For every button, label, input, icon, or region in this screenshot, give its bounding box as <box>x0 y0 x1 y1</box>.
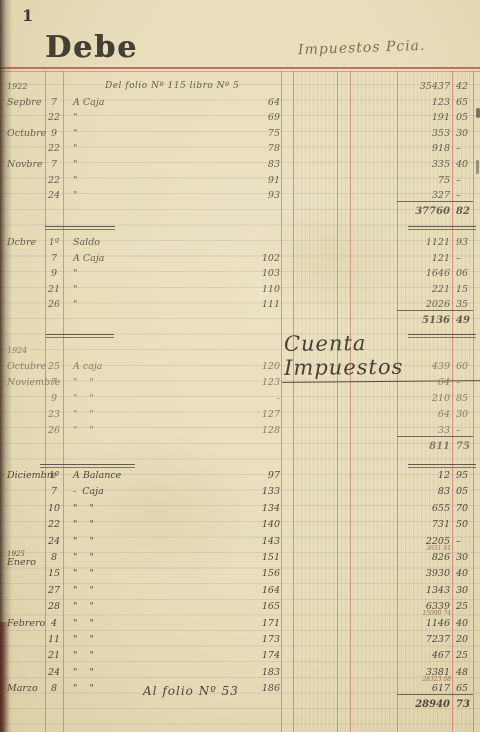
day-label: 7 <box>45 486 63 497</box>
cents-value: 30 <box>453 585 473 596</box>
amount-value: 191 <box>397 112 453 123</box>
page-edge-mark <box>476 160 479 174</box>
day-label: 22 <box>45 143 63 154</box>
amount-value: 353 <box>397 128 453 139</box>
amount-value: 83 <box>397 486 453 497</box>
ledger-row: 26" "12833– <box>0 425 473 441</box>
section-1924-25-dec-mar: Diciembre1ºA Balance9712957- Caja1338305… <box>0 470 473 716</box>
closing-rule <box>46 334 114 338</box>
month-label: 1924 <box>0 345 45 356</box>
ledger-row: 23" "1276430 <box>0 409 473 425</box>
day-label: 22 <box>45 175 63 186</box>
folio-number: 120 <box>260 361 282 372</box>
day-label: 24 <box>45 190 63 201</box>
cents-value: 65 <box>453 97 473 108</box>
cents-value: 70 <box>453 503 473 514</box>
amount-value: 338128323 08 <box>397 667 453 678</box>
cents-value: 40 <box>453 568 473 579</box>
folio-number: 143 <box>260 536 282 547</box>
amount-value: 335 <box>397 159 453 170</box>
ledger-row: Novbre7"8333540 <box>0 159 473 175</box>
cents-value: 40 <box>453 618 473 629</box>
entry-description: " " <box>63 667 260 678</box>
entry-description: " " <box>63 618 260 629</box>
folio-number: 78 <box>260 143 282 154</box>
entry-description: " " <box>63 377 260 388</box>
pencil-subtotal: 3651 61 <box>426 546 451 552</box>
month-label: Octubre <box>0 361 45 372</box>
cents-value: 35 <box>453 299 473 311</box>
entry-description: A Caja <box>63 253 260 264</box>
cents-value: 60 <box>453 361 473 372</box>
day-label: 21 <box>45 284 63 295</box>
pencil-subtotal: 28323 08 <box>422 677 451 683</box>
day-label: 21 <box>45 650 63 661</box>
closing-rule <box>408 226 476 230</box>
header-rule-2 <box>0 71 480 72</box>
cents-value: 73 <box>453 699 473 710</box>
entry-description: " " <box>63 634 260 645</box>
folio-number: 69 <box>260 112 282 123</box>
cents-value: 48 <box>453 667 473 678</box>
ledger-row: 21"11022115 <box>0 284 473 300</box>
cents-value: – <box>453 190 473 202</box>
cents-value: 49 <box>453 315 473 326</box>
day-label: 8 <box>45 683 63 694</box>
ledger-row: Sepbre7A Caja6412365 <box>0 97 473 113</box>
amount-value: 1121 <box>397 237 453 248</box>
ledger-row: 28" "165633915090 7425 <box>0 601 473 617</box>
ledger-row: 7A Caja102121– <box>0 253 473 269</box>
account-title: Impuestos Pcia. <box>298 38 426 58</box>
cents-value: – <box>453 377 473 388</box>
ledger-row: 22"6919105 <box>0 112 473 128</box>
folio-number: 83 <box>260 159 282 170</box>
amount-value: 75 <box>397 175 453 186</box>
day-label: 24 <box>45 536 63 547</box>
total-row: 81175 <box>0 441 473 457</box>
amount-value: 2026 <box>397 299 453 311</box>
cents-value: 42 <box>453 81 473 92</box>
cents-value: 85 <box>453 393 473 404</box>
month-label: Noviembre <box>0 377 45 388</box>
section-1922-dec: Dcbre1ºSaldo1121937A Caja102121–9"103164… <box>0 237 473 331</box>
day-label: 9 <box>45 128 63 139</box>
entry-description: " <box>63 159 260 170</box>
amount-value: 33 <box>397 425 453 437</box>
ledger-row: 24" "14322053651 61– <box>0 536 473 552</box>
amount-value: 826 <box>397 552 453 563</box>
day-label: 7 <box>45 159 63 170</box>
month-label: Dcbre <box>0 237 45 248</box>
day-label: 1º <box>45 237 63 248</box>
cents-value: 25 <box>453 650 473 661</box>
entry-description: " " <box>63 536 260 547</box>
entry-description: " <box>63 143 260 154</box>
entry-description: " <box>63 128 260 139</box>
amount-value: 5136 <box>397 315 453 326</box>
entry-description: A Balance <box>63 470 260 481</box>
ledger-row: 21" "17446725 <box>0 650 473 666</box>
cents-value: 50 <box>453 519 473 530</box>
cents-value: – <box>453 175 473 186</box>
folio-number: 64 <box>260 97 282 108</box>
folio-number: 110 <box>260 284 282 295</box>
amount-value: 1343 <box>397 585 453 596</box>
ledger-row: Octubre25A caja12043960 <box>0 361 473 377</box>
cents-value: 95 <box>453 470 473 481</box>
closing-rule <box>408 334 476 338</box>
ledger-row: Febrero4" "171114640 <box>0 618 473 634</box>
amount-value: 617 <box>397 683 453 695</box>
cents-value: 82 <box>453 206 473 217</box>
day-label: 4 <box>45 618 63 629</box>
folio-number: 140 <box>260 519 282 530</box>
amount-value: 221 <box>397 284 453 295</box>
ledger-row: 22" "14073150 <box>0 519 473 535</box>
folio-number: 111 <box>260 299 282 310</box>
pencil-subtotal: 15090 74 <box>422 611 451 617</box>
entry-description: A caja <box>63 361 260 372</box>
cents-value: 65 <box>453 683 473 695</box>
cents-value: 05 <box>453 112 473 123</box>
amount-value: 327 <box>397 190 453 202</box>
amount-value: 37760 <box>397 206 453 217</box>
amount-value: 121 <box>397 253 453 264</box>
cents-value: 20 <box>453 634 473 645</box>
ledger-row: 24"93327– <box>0 190 473 206</box>
ledger-row: 7- Caja1338305 <box>0 486 473 502</box>
ledger-row: Noviembre7" "12364– <box>0 377 473 393</box>
ledger-row: 15" "156393040 <box>0 568 473 584</box>
ledger-row: 10" "13465570 <box>0 503 473 519</box>
entry-description: " <box>63 175 260 186</box>
entry-description: " " <box>63 601 260 612</box>
day-label: 28 <box>45 601 63 612</box>
amount-value: 7237 <box>397 634 453 645</box>
folio-number: 134 <box>260 503 282 514</box>
amount-value: 28940 <box>397 699 453 710</box>
amount-value: 64 <box>397 377 453 388</box>
day-label: 25 <box>45 361 63 372</box>
closing-rule <box>408 464 476 468</box>
entry-description: Saldo <box>63 237 260 248</box>
cents-value: – <box>453 536 473 547</box>
day-label: 8 <box>45 552 63 563</box>
folio-number: 123 <box>260 377 282 388</box>
cents-value: 30 <box>453 128 473 139</box>
day-label: 26 <box>45 299 63 310</box>
total-row: 3776082 <box>0 206 473 222</box>
ledger-row: 22"9175– <box>0 175 473 191</box>
entry-description: " <box>63 284 260 295</box>
ledger-row: 1922Del folio Nº 115 libro Nº 53543742 <box>0 81 473 97</box>
entry-description: " " <box>63 409 260 420</box>
ledger-row: 9"103164606 <box>0 268 473 284</box>
cents-value: 15 <box>453 284 473 295</box>
total-row: 513649 <box>0 315 473 331</box>
month-label: 1925Enero <box>0 552 45 568</box>
entry-description: " " <box>63 552 260 563</box>
total-row: 2894073 <box>0 699 473 715</box>
amount-value: 22053651 61 <box>397 536 453 547</box>
ledger-row: Diciembre1ºA Balance971295 <box>0 470 473 486</box>
amount-value: 655 <box>397 503 453 514</box>
ledger-row: Octubre9"7535330 <box>0 128 473 144</box>
ledger-page: 1 Debe Impuestos Pcia. Cuenta Impuestos … <box>0 0 480 732</box>
day-label: 24 <box>45 667 63 678</box>
folio-number: 164 <box>260 585 282 596</box>
month-label: Febrero <box>0 618 45 629</box>
cents-value: 30 <box>453 552 473 563</box>
ledger-row: Dcbre1ºSaldo112193 <box>0 237 473 253</box>
folio-number: 151 <box>260 552 282 563</box>
month-label: Sepbre <box>0 97 45 108</box>
month-label: Marzo <box>0 683 45 694</box>
entry-description: " <box>63 299 260 310</box>
amount-value: 3930 <box>397 568 453 579</box>
entry-description: " " <box>63 585 260 596</box>
folio-number: 102 <box>260 253 282 264</box>
entry-description: " <box>63 190 260 201</box>
amount-value: 633915090 74 <box>397 601 453 612</box>
cents-value: – <box>453 253 473 264</box>
ledger-row: 9" "-21085 <box>0 393 473 409</box>
cents-value: 05 <box>453 486 473 497</box>
amount-value: 1646 <box>397 268 453 279</box>
entry-description: " " <box>63 393 260 404</box>
amount-value: 918 <box>397 143 453 154</box>
ledger-row: 11" "173723720 <box>0 634 473 650</box>
amount-value: 1146 <box>397 618 453 629</box>
day-label: 7 <box>45 253 63 264</box>
cents-value: – <box>453 143 473 154</box>
ledger-row: 26"111202635 <box>0 299 473 315</box>
entry-description: " " <box>63 503 260 514</box>
day-label: 23 <box>45 409 63 420</box>
folio-number: 174 <box>260 650 282 661</box>
folio-number: 173 <box>260 634 282 645</box>
entry-description: " <box>63 112 260 123</box>
header-rule <box>0 67 480 69</box>
folio-number: 97 <box>260 470 282 481</box>
folio-number: 75 <box>260 128 282 139</box>
entry-description: " " <box>63 519 260 530</box>
day-label: 9 <box>45 268 63 279</box>
page-edge-mark <box>476 108 480 118</box>
day-label: 7 <box>45 97 63 108</box>
closing-rule <box>45 226 115 230</box>
day-label: 1º <box>45 470 63 481</box>
ledger-row: 1925Enero8" "15182630 <box>0 552 473 568</box>
folio-number: 128 <box>260 425 282 436</box>
day-label: 15 <box>45 568 63 579</box>
entry-description: " <box>63 268 260 279</box>
ledger-row: 1924 <box>0 345 473 361</box>
entry-description: Del folio Nº 115 libro Nº 5 <box>63 81 260 92</box>
amount-value: 731 <box>397 519 453 530</box>
month-label: Novbre <box>0 159 45 170</box>
cents-value: 93 <box>453 237 473 248</box>
section-1922-sep-nov: 1922Del folio Nº 115 libro Nº 53543742Se… <box>0 81 473 221</box>
day-label: 26 <box>45 425 63 436</box>
amount-value: 12 <box>397 470 453 481</box>
amount-value: 467 <box>397 650 453 661</box>
cents-value: 30 <box>453 409 473 420</box>
entry-description: - Caja <box>63 486 260 497</box>
folio-number: 133 <box>260 486 282 497</box>
amount-value: 35437 <box>397 81 453 92</box>
cents-value: – <box>453 425 473 437</box>
amount-value: 811 <box>397 441 453 452</box>
month-label: Octubre <box>0 128 45 139</box>
cents-value: 25 <box>453 601 473 612</box>
folio-number: 165 <box>260 601 282 612</box>
day-label: 7 <box>45 377 63 388</box>
day-label: 27 <box>45 585 63 596</box>
ledger-row: 24" "183338128323 0848 <box>0 667 473 683</box>
entry-description: " " <box>63 683 260 694</box>
ledger-row: 22"78918– <box>0 143 473 159</box>
folio-number: 91 <box>260 175 282 186</box>
amount-value: 64 <box>397 409 453 420</box>
amount-value: 123 <box>397 97 453 108</box>
day-label: 11 <box>45 634 63 645</box>
folio-number: 93 <box>260 190 282 201</box>
amount-value: 210 <box>397 393 453 404</box>
month-label: Diciembre <box>0 470 45 481</box>
entry-description: " " <box>63 425 260 436</box>
cents-value: 40 <box>453 159 473 170</box>
page-title: Debe <box>45 30 138 65</box>
ledger-row: Marzo8" "18661765 <box>0 683 473 699</box>
cents-value: 06 <box>453 268 473 279</box>
ledger-row: 27" "164134330 <box>0 585 473 601</box>
folio-number: 186 <box>260 683 282 694</box>
entry-description: " " <box>63 568 260 579</box>
day-label: 22 <box>45 112 63 123</box>
cents-value: 75 <box>453 441 473 452</box>
folio-number: 183 <box>260 667 282 678</box>
amount-value: 439 <box>397 361 453 372</box>
day-label: 10 <box>45 503 63 514</box>
folio-number: 171 <box>260 618 282 629</box>
folio-number: - <box>260 393 282 404</box>
folio-number: 156 <box>260 568 282 579</box>
entry-description: A Caja <box>63 97 260 108</box>
month-label: 1922 <box>0 81 45 92</box>
section-1924-oct-nov: 1924Octubre25A caja12043960Noviembre7" "… <box>0 345 473 457</box>
folio-number: 127 <box>260 409 282 420</box>
closing-rule <box>40 464 135 468</box>
day-label: 9 <box>45 393 63 404</box>
day-label: 22 <box>45 519 63 530</box>
column-rule <box>473 71 474 732</box>
entry-description: " " <box>63 650 260 661</box>
folio-number: 103 <box>260 268 282 279</box>
page-number: 1 <box>22 6 33 25</box>
